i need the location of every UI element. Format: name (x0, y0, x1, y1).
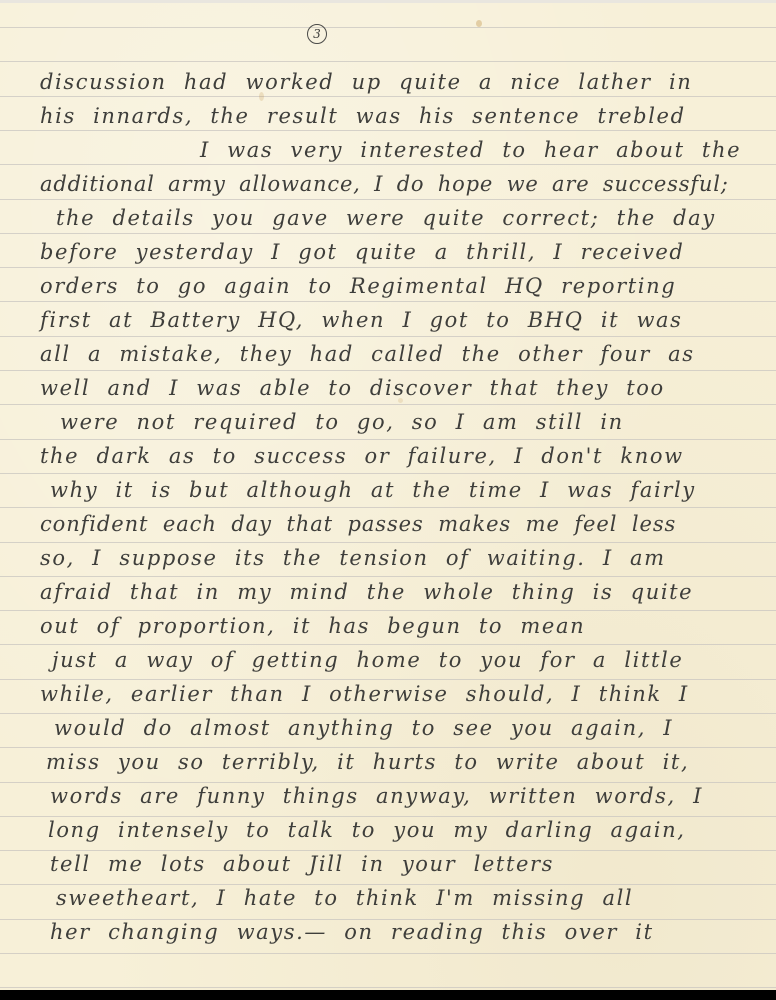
handwritten-line: so, I suppose its the tension of waiting… (40, 546, 770, 570)
page-number: 3 (307, 24, 327, 44)
handwritten-line: well and I was able to discover that the… (40, 376, 770, 400)
handwritten-line: I was very interested to hear about the (200, 138, 770, 162)
paper-stain (476, 20, 482, 27)
handwritten-line: additional army allowance, I do hope we … (40, 172, 770, 196)
handwritten-line: why it is but although at the time I was… (50, 478, 776, 502)
handwritten-line: all a mistake, they had called the other… (40, 342, 770, 366)
handwritten-line: long intensely to talk to you my darling… (48, 818, 776, 842)
ruled-line (0, 199, 776, 200)
ruled-line (0, 439, 776, 440)
handwritten-line: miss you so terribly, it hurts to write … (46, 750, 776, 774)
handwritten-line: while, earlier than I otherwise should, … (40, 682, 770, 706)
ruled-line (0, 747, 776, 748)
handwritten-line: would do almost anything to see you agai… (54, 716, 776, 740)
ruled-line (0, 816, 776, 817)
handwritten-line: tell me lots about Jill in your letters (50, 852, 776, 876)
ruled-line (0, 473, 776, 474)
ruled-line (0, 130, 776, 131)
handwritten-line: out of proportion, it has begun to mean (40, 614, 770, 638)
handwritten-line: the dark as to success or failure, I don… (40, 444, 770, 468)
ruled-line (0, 96, 776, 97)
ruled-line (0, 301, 776, 302)
handwritten-line: her changing ways.— on reading this over… (50, 920, 776, 944)
ruled-line (0, 267, 776, 268)
ruled-line (0, 61, 776, 62)
letter-page: 3 discussion had worked up quite a nice … (0, 0, 776, 990)
ruled-line (0, 953, 776, 954)
handwritten-line: the details you gave were quite correct;… (56, 206, 776, 230)
handwritten-line: discussion had worked up quite a nice la… (40, 70, 770, 94)
handwritten-line: sweetheart, I hate to think I'm missing … (56, 886, 776, 910)
ruled-line (0, 782, 776, 783)
handwritten-line: words are funny things anyway, written w… (50, 784, 776, 808)
handwritten-line: his innards, the result was his sentence… (40, 104, 770, 128)
paper-top-edge (0, 0, 776, 3)
ruled-line (0, 884, 776, 885)
ruled-line (0, 987, 776, 988)
ruled-line (0, 233, 776, 234)
ruled-line (0, 576, 776, 577)
handwritten-line: orders to go again to Regimental HQ repo… (40, 274, 770, 298)
ruled-line (0, 850, 776, 851)
ruled-line (0, 336, 776, 337)
handwritten-line: confident each day that passes makes me … (40, 512, 770, 536)
handwritten-line: were not required to go, so I am still i… (60, 410, 776, 434)
ruled-line (0, 370, 776, 371)
ruled-line (0, 542, 776, 543)
ruled-line (0, 27, 776, 28)
ruled-line (0, 164, 776, 165)
ruled-line (0, 713, 776, 714)
ruled-line (0, 679, 776, 680)
handwritten-line: afraid that in my mind the whole thing i… (40, 580, 770, 604)
ruled-line (0, 610, 776, 611)
handwritten-line: first at Battery HQ, when I got to BHQ i… (40, 308, 770, 332)
ruled-line (0, 507, 776, 508)
handwritten-line: before yesterday I got quite a thrill, I… (40, 240, 770, 264)
ruled-line (0, 404, 776, 405)
handwritten-line: just a way of getting home to you for a … (52, 648, 776, 672)
ruled-line (0, 644, 776, 645)
